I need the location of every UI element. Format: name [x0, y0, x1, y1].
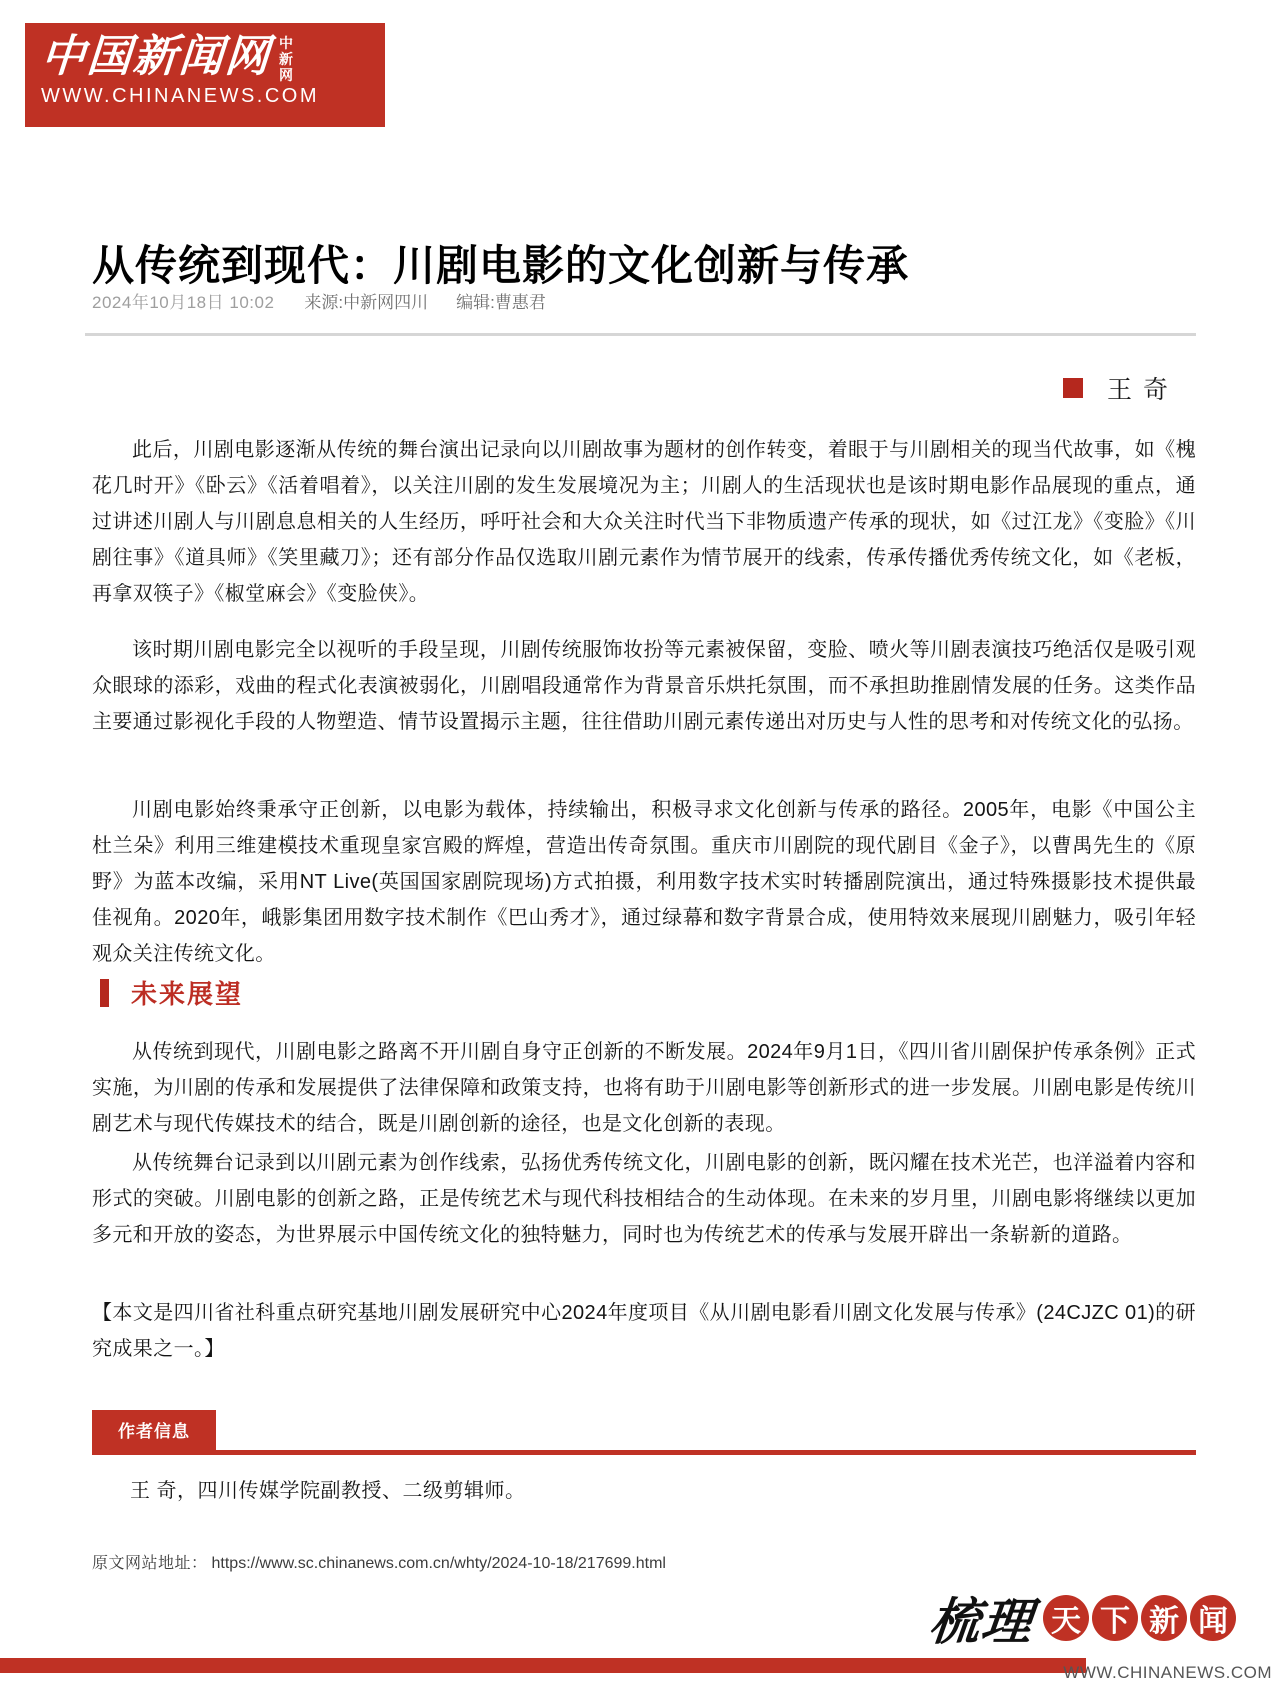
page-title: 从传统到现代：川剧电影的文化创新与传承	[92, 233, 1192, 293]
article-editor: 编辑:曹惠君	[456, 288, 546, 313]
section-heading-text: 未来展望	[131, 974, 243, 1011]
page: 中国新闻网 中 新 网 WWW.CHINANEWS.COM 从传统到现代：川剧电…	[0, 0, 1280, 1693]
source-url-row: 原文网站地址： https://www.sc.chinanews.com.cn/…	[92, 1550, 666, 1573]
footer-seal-icon: 天	[1043, 1595, 1089, 1641]
header-divider	[85, 333, 1196, 336]
logo-vertical-char: 网	[279, 67, 293, 83]
source-url-label: 原文网站地址：	[92, 1550, 208, 1573]
footer-seal-icon: 下	[1092, 1595, 1138, 1641]
author-info-tab: 作者信息	[92, 1410, 216, 1450]
author-name: 王 奇	[1107, 370, 1170, 406]
footer-seal-icon: 闻	[1190, 1595, 1236, 1641]
footer-logo: 梳理 天 下 新 闻	[930, 1582, 1236, 1654]
footer-seal-icon: 新	[1141, 1595, 1187, 1641]
logo-vertical-char: 新	[279, 51, 293, 67]
article-meta: 2024年10月18日 10:02 来源:中新网四川 编辑:曹惠君	[92, 288, 546, 313]
logo-vertical-text: 中 新 网	[279, 35, 293, 83]
byline-square-icon	[1063, 378, 1083, 398]
author-info-section: 作者信息	[92, 1410, 1196, 1455]
site-logo[interactable]: 中国新闻网 中 新 网 WWW.CHINANEWS.COM	[25, 23, 385, 127]
body-paragraph: 从传统舞台记录到以川剧元素为创作线索，弘扬优秀传统文化，川剧电影的创新，既闪耀在…	[92, 1145, 1196, 1253]
body-paragraph: 从传统到现代，川剧电影之路离不开川剧自身守正创新的不断发展。2024年9月1日，…	[92, 1034, 1196, 1142]
section-heading: 未来展望	[100, 974, 243, 1011]
section-heading-bar-icon	[100, 979, 109, 1007]
body-paragraph: 此后，川剧电影逐渐从传统的舞台演出记录向以川剧故事为题材的创作转变，着眼于与川剧…	[92, 432, 1196, 612]
body-paragraph: 该时期川剧电影完全以视听的手段呈现，川剧传统服饰妆扮等元素被保留，变脸、喷火等川…	[92, 632, 1196, 740]
logo-row: 中国新闻网 中 新 网	[41, 31, 371, 83]
body-paragraph: 川剧电影始终秉承守正创新，以电影为载体，持续输出，积极寻求文化创新与传承的路径。…	[92, 792, 1196, 972]
article-source: 来源:中新网四川	[304, 288, 428, 313]
source-url-link[interactable]: https://www.sc.chinanews.com.cn/whty/202…	[212, 1555, 666, 1573]
footer-red-bar	[0, 1658, 1086, 1673]
footer-site-url: WWW.CHINANEWS.COM	[1063, 1663, 1272, 1683]
logo-vertical-char: 中	[279, 35, 293, 51]
article-date: 2024年10月18日 10:02	[92, 288, 274, 313]
footer-logo-calligraphy: 梳理	[926, 1582, 1038, 1654]
author-bio: 王 奇，四川传媒学院副教授、二级剪辑师。	[92, 1474, 1196, 1503]
byline: 王 奇	[1063, 370, 1170, 406]
logo-site-url: WWW.CHINANEWS.COM	[41, 85, 371, 108]
funding-note: 【本文是四川省社科重点研究基地川剧发展研究中心2024年度项目《从川剧电影看川剧…	[92, 1295, 1196, 1367]
logo-calligraphy-text: 中国新闻网	[39, 31, 273, 83]
